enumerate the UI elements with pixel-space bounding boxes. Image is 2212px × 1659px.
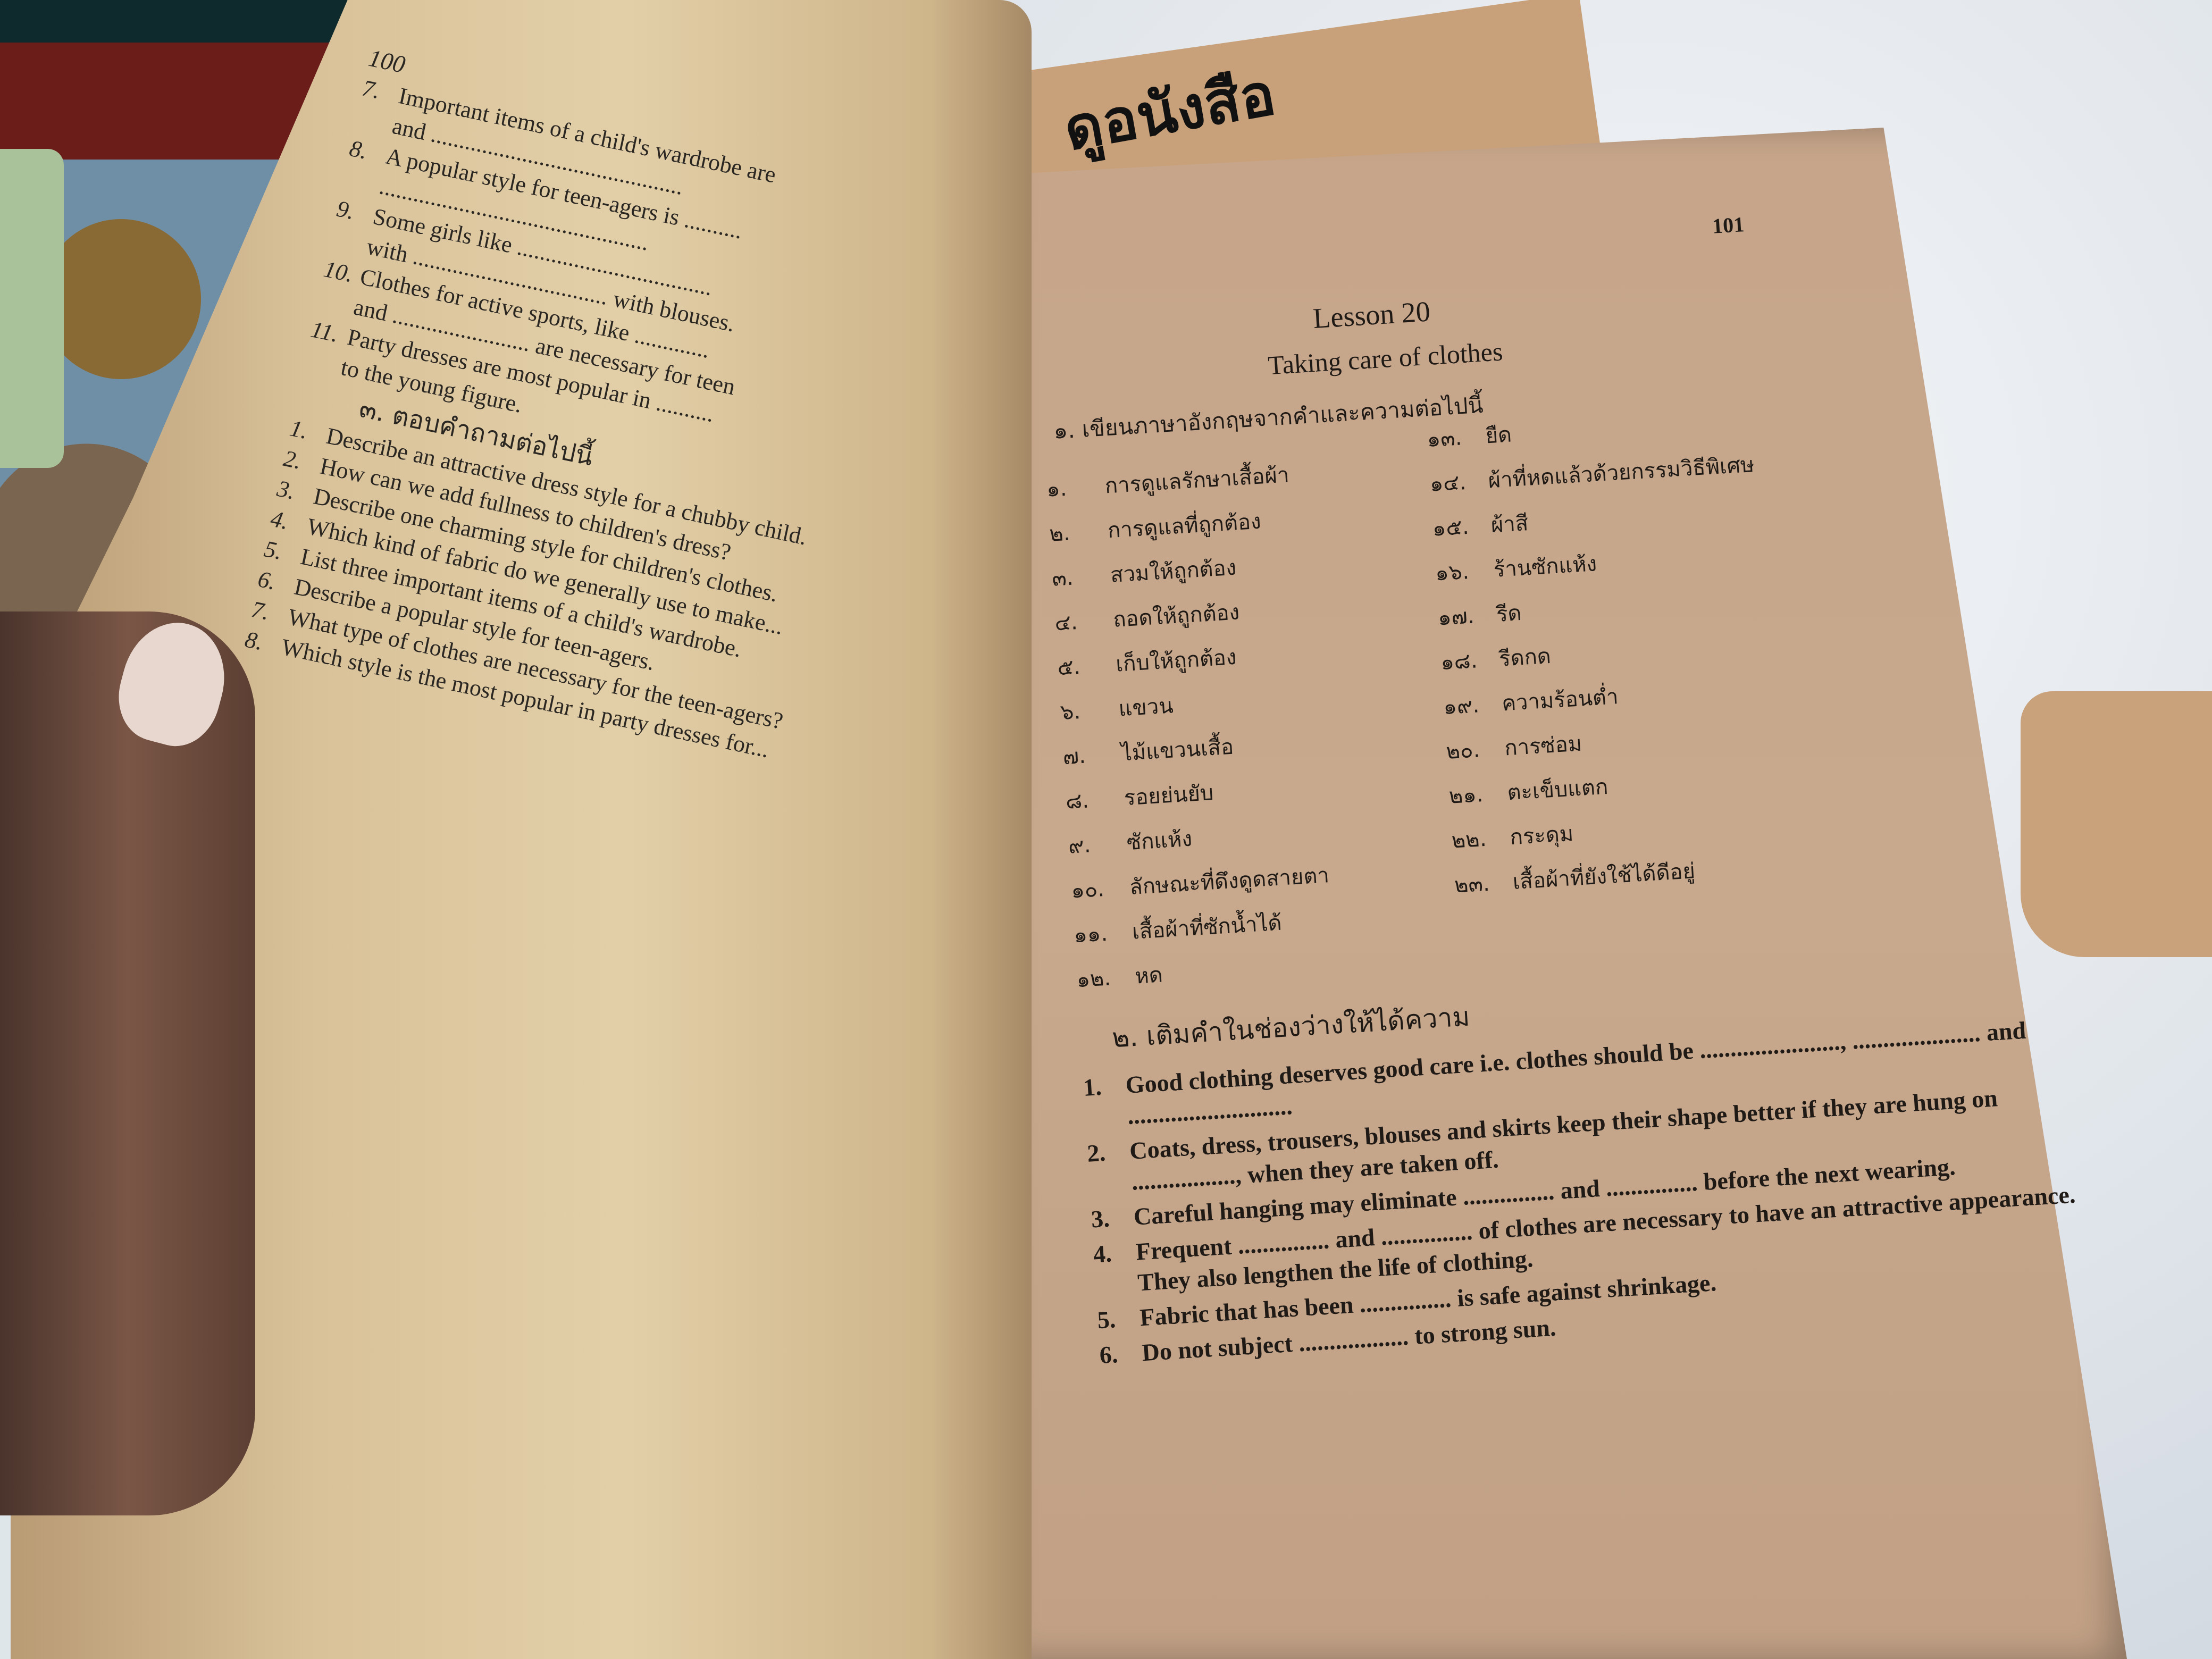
item-number (303, 366, 339, 374)
item-text: แขวน (1118, 693, 1174, 721)
page-left-content: 100 7.Important items of a child's wardr… (242, 43, 996, 787)
item-text: ความร้อนต่ำ (1501, 684, 1619, 716)
item-number: 3. (1090, 1202, 1134, 1235)
item-number: ๑๘. (1439, 637, 1501, 685)
item-text: หด (1134, 963, 1163, 989)
item-text: การดูแลที่ถูกต้อง (1107, 509, 1262, 543)
item-number: ๗. (1061, 732, 1122, 780)
item-number (342, 186, 378, 194)
item-number: ๖. (1059, 687, 1120, 735)
item-text: ตะเข็บแตก (1506, 775, 1608, 806)
item-number: ๔. (1053, 598, 1115, 646)
item-number: 4. (1092, 1237, 1138, 1301)
section-marker: ๑. (1053, 417, 1076, 444)
hand-holding-book (0, 611, 255, 1515)
item-text: ผ้าสี (1490, 511, 1529, 538)
item-text: การซ่อม (1504, 732, 1582, 761)
item-number: ๑๖. (1434, 548, 1495, 596)
item-text: สวมให้ถูกต้อง (1110, 556, 1237, 588)
green-book-edge (0, 149, 64, 468)
item-number: ๓. (1051, 553, 1112, 601)
item-text: รีดกด (1498, 644, 1552, 672)
item-number: ๑๗. (1437, 592, 1498, 641)
item-number: ๑๕. (1431, 503, 1493, 551)
item-text: ผ้าที่หดแล้วด้วยกรรมวิธีพิเศษ (1487, 453, 1755, 493)
cardboard-piece (2021, 691, 2212, 957)
item-number: ๒๒. (1450, 815, 1511, 864)
section-marker: ๓. (357, 393, 388, 428)
item-text: การดูแลรักษาเสื้อผ้า (1104, 463, 1290, 498)
item-number: ๘. (1065, 776, 1126, 824)
item-text: รอยย่นยับ (1123, 781, 1214, 810)
item-text: เสื้อผ้าที่ซักน้ำได้ (1132, 911, 1283, 944)
item-number: ๑๙. (1442, 682, 1503, 730)
vocab-list-left: ๑.การดูแลรักษาเสื้อผ้า๒.การดูแลที่ถูกต้อ… (1045, 452, 1336, 1003)
item-number: ๑๑. (1073, 910, 1134, 958)
item-number: ๒๓. (1453, 860, 1514, 908)
item-number: ๑๓. (1426, 414, 1487, 463)
item-number (316, 306, 353, 314)
item-number: ๑๔. (1428, 458, 1489, 507)
item-number: 5. (1096, 1302, 1141, 1336)
item-number: ๒๑. (1447, 770, 1509, 819)
item-number: ๙. (1067, 820, 1128, 869)
item-number: ๒. (1048, 508, 1109, 557)
item-text: ลักษณะที่ดึงดูดสายตา (1129, 863, 1330, 900)
item-number: ๒๐. (1445, 726, 1506, 775)
fill-in-list: 1.Good clothing deserves good care i.e. … (1082, 1011, 2098, 1375)
item-text: ยืด (1485, 423, 1512, 449)
item-text: ถอดให้ถูกต้อง (1112, 600, 1240, 632)
item-number: ๕. (1056, 642, 1117, 691)
item-text: รีด (1496, 601, 1522, 627)
item-number: 1. (1082, 1070, 1128, 1134)
item-number (355, 125, 391, 133)
item-number: 2. (1086, 1136, 1133, 1200)
item-number (329, 246, 365, 254)
item-text: ร้านซักแห้ง (1493, 551, 1598, 582)
item-number: ๑. (1045, 464, 1107, 513)
item-number: ๑๐. (1070, 865, 1131, 914)
item-text: ซักแห้ง (1126, 827, 1193, 855)
vocab-list-right: ๑๓.ยืด๑๔.ผ้าที่หดแล้วด้วยกรรมวิธีพิเศษ๑๕… (1426, 398, 1780, 908)
item-number: ๑๒. (1075, 954, 1136, 1003)
item-text: เสื้อผ้าที่ยังใช้ได้ดีอยู่ (1512, 859, 1696, 894)
page-number: 101 (1712, 212, 1745, 239)
item-number: 6. (1099, 1337, 1143, 1371)
section-marker: ๒. (1111, 1021, 1139, 1054)
item-text: เก็บให้ถูกต้อง (1115, 645, 1237, 677)
item-text: กระดุม (1509, 822, 1574, 850)
item-text: ไม้แขวนเสื้อ (1120, 735, 1234, 766)
